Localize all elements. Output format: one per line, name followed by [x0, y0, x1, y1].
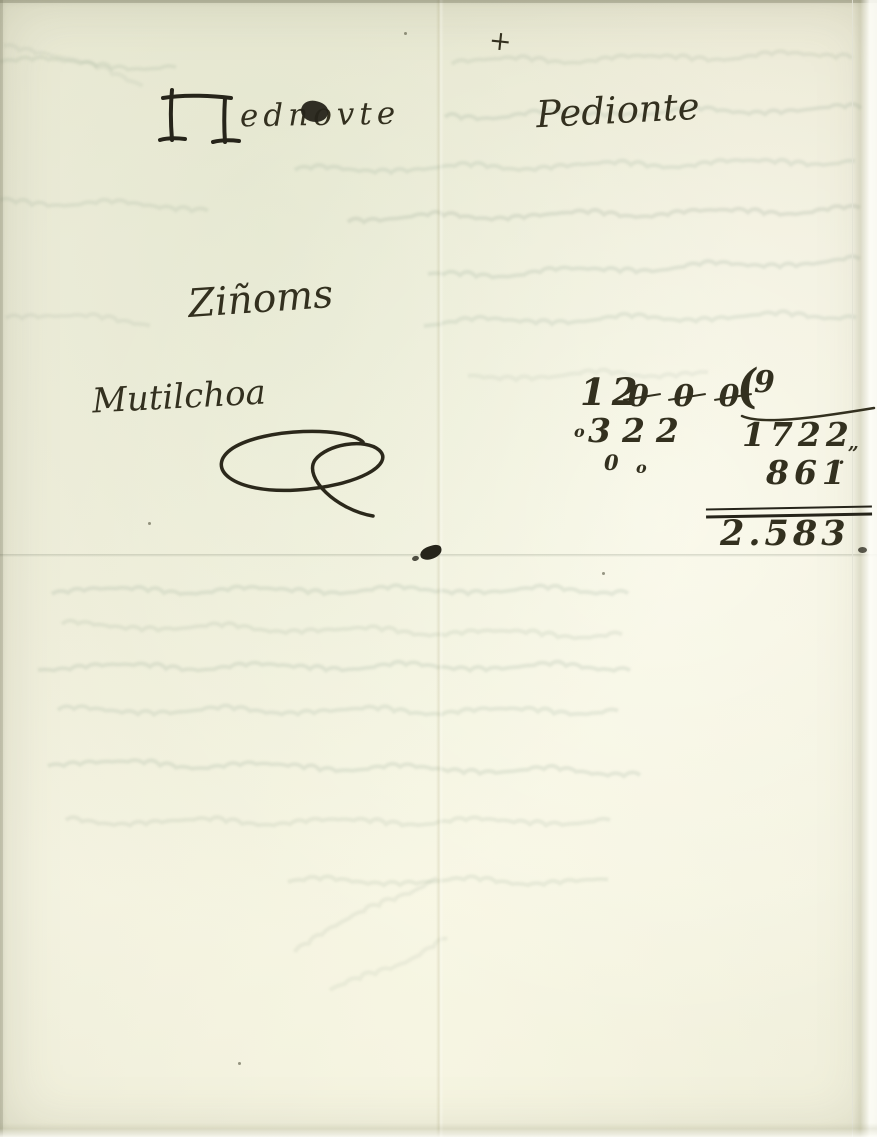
vertical-fold-crease	[436, 0, 444, 1137]
calculation-block: 12 0 0 0 ( 9 o 322 0 o 1722 „ 861 · 2.58…	[570, 372, 870, 562]
paper-edge-left	[0, 0, 3, 1137]
manuscript-scan: + ednovte Pedionte Ziñoms Mutilchoa 12 0…	[0, 0, 877, 1137]
rubric-flourish	[195, 418, 405, 528]
cross-mark: +	[488, 27, 513, 56]
bleedthrough-line	[0, 196, 208, 212]
sub-row-digits: 322	[588, 414, 690, 447]
bleedthrough-line	[62, 620, 622, 639]
quotient-marks: „	[848, 434, 859, 453]
ink-speck	[404, 32, 407, 35]
bleedthrough-line	[295, 156, 855, 175]
bleedthrough-line	[0, 55, 176, 72]
bleedthrough-line	[6, 310, 150, 326]
small-zero: 0	[604, 452, 619, 473]
divisor-digit: 9	[754, 368, 775, 398]
heading-right-word: Pedionte	[535, 88, 700, 134]
bleedthrough-line	[66, 817, 610, 825]
bleedthrough-line	[329, 937, 449, 996]
bleedthrough-line	[428, 256, 860, 280]
ink-speck	[238, 1062, 241, 1065]
sub-row-prefix: o	[574, 424, 585, 440]
bleedthrough-line	[58, 705, 618, 714]
boxed-pi-glyph	[155, 80, 243, 150]
bleedthrough-line	[348, 204, 860, 222]
total: 2.583	[720, 516, 850, 551]
bleedthrough-line	[424, 310, 856, 326]
quotient: 1722	[742, 418, 854, 451]
ink-speck	[148, 522, 151, 525]
bleedthrough-line	[52, 585, 628, 594]
bleedthrough-line	[288, 876, 608, 885]
paper-edge-top	[0, 0, 877, 3]
bleedthrough-line	[452, 50, 852, 65]
addend-mark: ·	[838, 452, 845, 472]
struck-zero: 0	[673, 382, 701, 412]
bleedthrough-line	[48, 757, 640, 776]
body-word-zinoms: Ziñoms	[187, 275, 335, 324]
paper-edge-bottom	[0, 1123, 877, 1137]
body-word-mutilchoa: Mutilchoa	[91, 375, 266, 418]
paper-edge-right	[852, 0, 877, 1137]
struck-zero: 0	[628, 382, 656, 412]
small-zero: o	[636, 460, 647, 476]
ink-speck	[602, 572, 605, 575]
bleedthrough-line	[38, 662, 630, 671]
